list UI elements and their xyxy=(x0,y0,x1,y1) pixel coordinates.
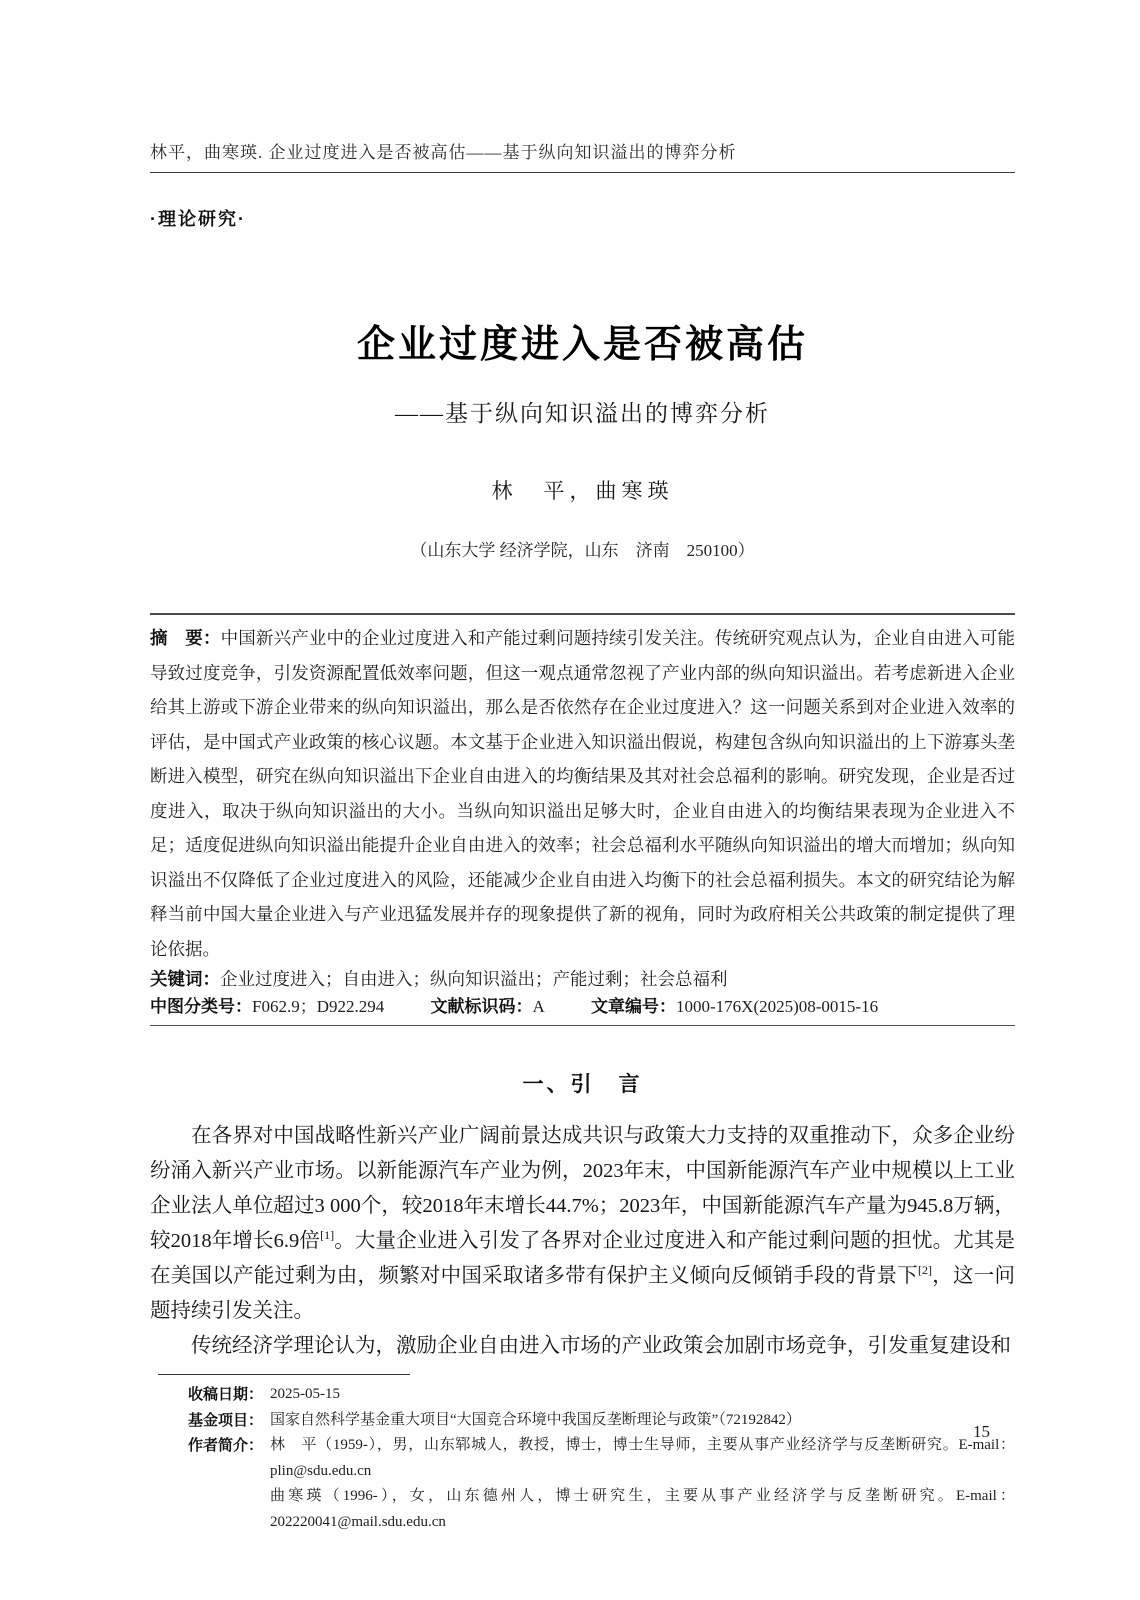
footnotes-block: 收稿日期： 2025-05-15 基金项目： 国家自然科学基金重大项目“大国竞合… xyxy=(188,1382,1015,1535)
keywords-line: 关键词：企业过度进入；自由进入；纵向知识溢出；产能过剩；社会总福利 xyxy=(150,966,1015,993)
author-bio-content: 林 平（1959-），男，山东郓城人，教授，博士，博士生导师，主要从事产业经济学… xyxy=(270,1433,1015,1535)
footnote-received-date: 收稿日期： 2025-05-15 xyxy=(188,1382,1015,1408)
clc-label: 中图分类号： xyxy=(150,997,252,1016)
content-column: 林平，曲寒瑛. 企业过度进入是否被高估——基于纵向知识溢出的博弈分析 ·理论研究… xyxy=(150,0,1015,1535)
clc-value: F062.9；D922.294 xyxy=(252,997,384,1016)
abstract-text: 中国新兴产业中的企业过度进入和产能过剩问题持续引发关注。传统研究观点认为，企业自… xyxy=(150,628,1015,959)
authors: 林 平，曲寒瑛 xyxy=(150,477,1015,506)
doc-code-value: A xyxy=(532,997,544,1016)
meta-line: 中图分类号：F062.9；D922.294 文献标识码：A 文章编号：1000-… xyxy=(150,993,1015,1020)
clc-group: 中图分类号：F062.9；D922.294 xyxy=(150,997,384,1016)
citation-ref-1: [1] xyxy=(320,1228,334,1242)
received-date-label: 收稿日期： xyxy=(188,1382,270,1408)
author-bio-qu-hanying: 曲寒瑛（1996-），女，山东德州人，博士研究生，主要从事产业经济学与反垄断研究… xyxy=(270,1484,1015,1535)
keywords-text: 企业过度进入；自由进入；纵向知识溢出；产能过剩；社会总福利 xyxy=(220,969,728,989)
article-id-value: 1000-176X(2025)08-0015-16 xyxy=(676,997,878,1016)
article-subtitle: ——基于纵向知识溢出的博弈分析 xyxy=(150,398,1015,430)
fund-project-label: 基金项目： xyxy=(188,1408,270,1434)
category-mark: ·理论研究· xyxy=(150,207,1015,232)
journal-page: 林平，曲寒瑛. 企业过度进入是否被高估——基于纵向知识溢出的博弈分析 ·理论研究… xyxy=(0,0,1140,1600)
intro-paragraph-2: 传统经济学理论认为，激励企业自由进入市场的产业政策会加剧市场竞争，引发重复建设和 xyxy=(150,1329,1015,1364)
author-bio-lin-ping: 林 平（1959-），男，山东郓城人，教授，博士，博士生导师，主要从事产业经济学… xyxy=(270,1433,1015,1484)
abstract-bottom-rule xyxy=(150,1025,1015,1026)
keywords-label: 关键词： xyxy=(150,969,220,989)
affiliation: （山东大学 经济学院，山东 济南 250100） xyxy=(150,539,1015,563)
running-header: 林平，曲寒瑛. 企业过度进入是否被高估——基于纵向知识溢出的博弈分析 xyxy=(150,0,1015,163)
footnote-separator xyxy=(158,1374,410,1375)
article-title: 企业过度进入是否被高估 xyxy=(150,320,1015,370)
page-number: 15 xyxy=(973,1422,990,1442)
header-rule xyxy=(150,172,1015,173)
abstract-top-rule xyxy=(150,613,1015,615)
doc-code-group: 文献标识码：A xyxy=(430,997,544,1016)
fund-project-value: 国家自然科学基金重大项目“大国竞合环境中我国反垄断理论与政策”（72192842… xyxy=(270,1408,1015,1434)
citation-ref-2: [2] xyxy=(918,1263,932,1277)
footnote-author-bio: 作者简介： 林 平（1959-），男，山东郓城人，教授，博士，博士生导师，主要从… xyxy=(188,1433,1015,1535)
article-id-label: 文章编号： xyxy=(591,997,676,1016)
section-heading-introduction: 一、引 言 xyxy=(150,1070,1015,1099)
received-date-value: 2025-05-15 xyxy=(270,1382,1015,1408)
abstract-label: 摘 要： xyxy=(150,628,221,648)
doc-code-label: 文献标识码： xyxy=(430,997,532,1016)
footnote-fund-project: 基金项目： 国家自然科学基金重大项目“大国竞合环境中我国反垄断理论与政策”（72… xyxy=(188,1408,1015,1434)
intro-paragraph-1: 在各界对中国战略性新兴产业广阔前景达成共识与政策大力支持的双重推动下，众多企业纷… xyxy=(150,1119,1015,1329)
article-id-group: 文章编号：1000-176X(2025)08-0015-16 xyxy=(591,997,878,1016)
abstract-block: 摘 要：中国新兴产业中的企业过度进入和产能过剩问题持续引发关注。传统研究观点认为… xyxy=(150,621,1015,966)
author-bio-label: 作者简介： xyxy=(188,1433,270,1535)
